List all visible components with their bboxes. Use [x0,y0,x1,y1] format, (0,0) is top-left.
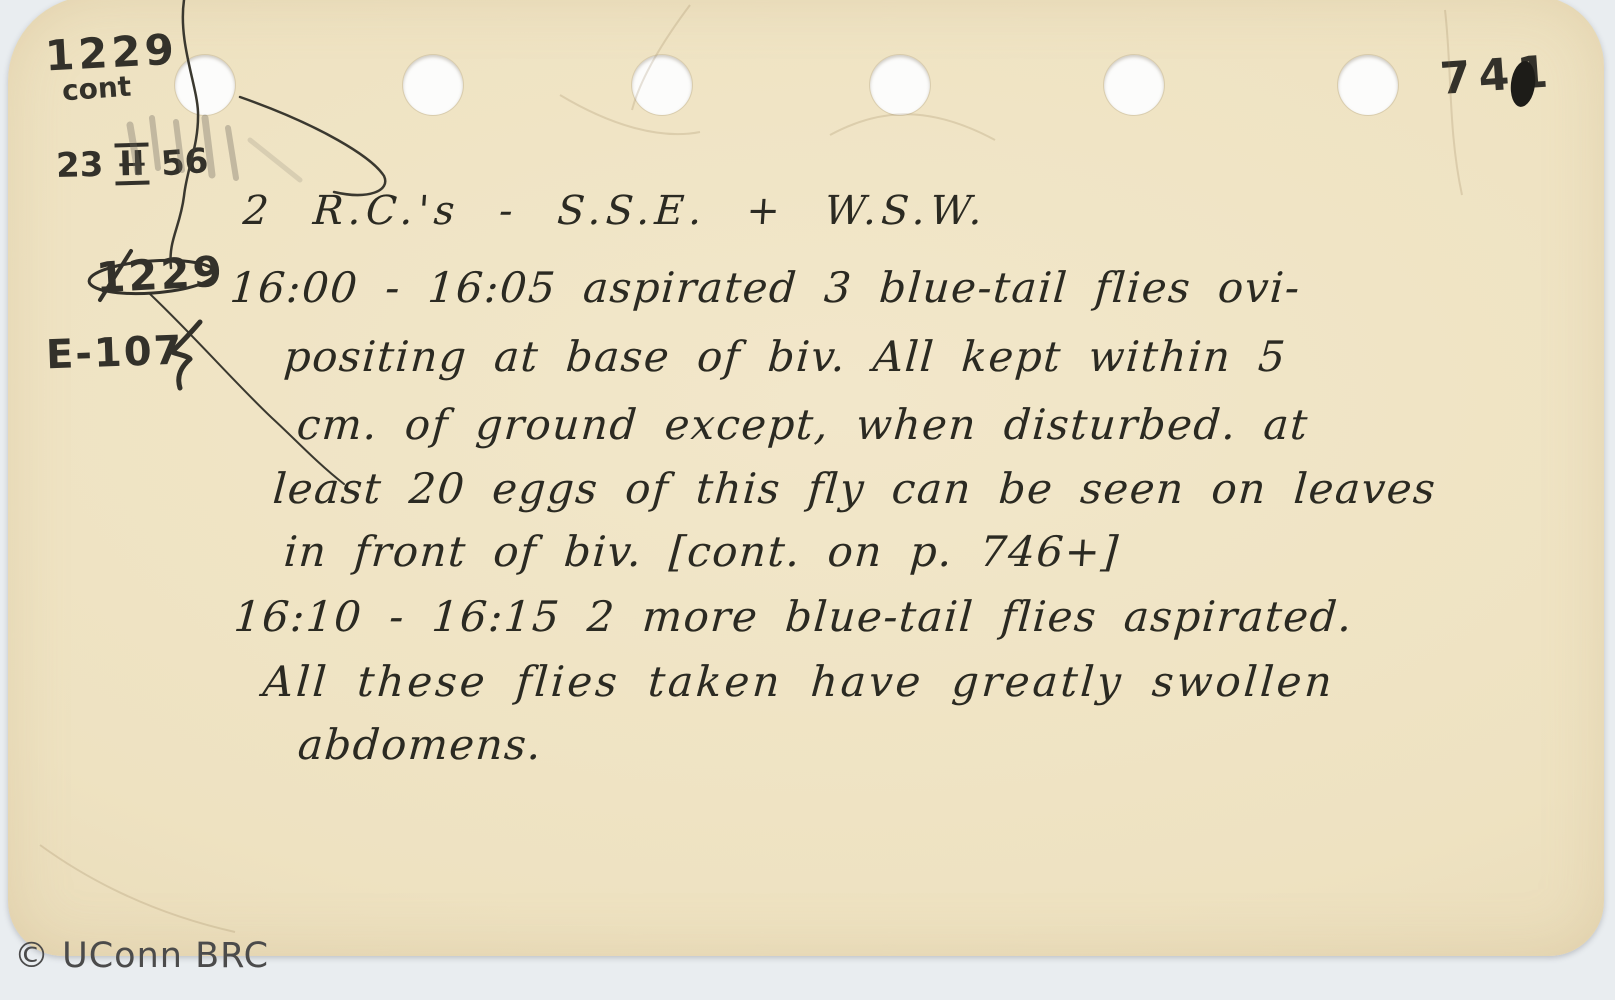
punch-hole-icon [632,55,692,115]
punch-hole-icon [1104,55,1164,115]
date-year: 56 [159,141,209,185]
date-day: 23 [56,145,104,186]
page-number: 741 [1438,46,1557,105]
note-line: abdomens. [296,720,544,769]
note-line: positing at base of biv. All kept within… [282,332,1288,381]
archive-watermark: © UConn BRC [14,936,269,976]
date-month-roman: II [115,143,149,186]
note-line: 16:10 - 16:15 2 more blue-tail flies asp… [232,592,1354,641]
note-line: least 20 eggs of this fly can be seen on… [271,464,1438,513]
note-line: in front of biv. [cont. on p. 746+] [282,527,1121,576]
continued-label: cont [61,70,132,108]
punch-hole-icon [403,55,463,115]
note-line: All these flies taken have greatly swoll… [261,657,1336,706]
note-line: 16:00 - 16:05 aspirated 3 blue-tail flie… [228,263,1302,312]
entry-date: 23 II 56 [55,141,208,187]
station-label: E-107 [45,328,184,379]
scanned-notecard-page: 1229 cont 23 II 56 1229 E-107 741 2 R.C.… [0,0,1615,1000]
crossed-number: 1229 [95,247,226,303]
note-line: 2 R.C.'s - S.S.E. + W.S.W. [241,188,988,234]
note-line: cm. of ground except, when disturbed. at [295,400,1310,449]
punch-hole-icon [175,55,235,115]
punch-hole-icon [870,55,930,115]
punch-hole-icon [1338,55,1398,115]
